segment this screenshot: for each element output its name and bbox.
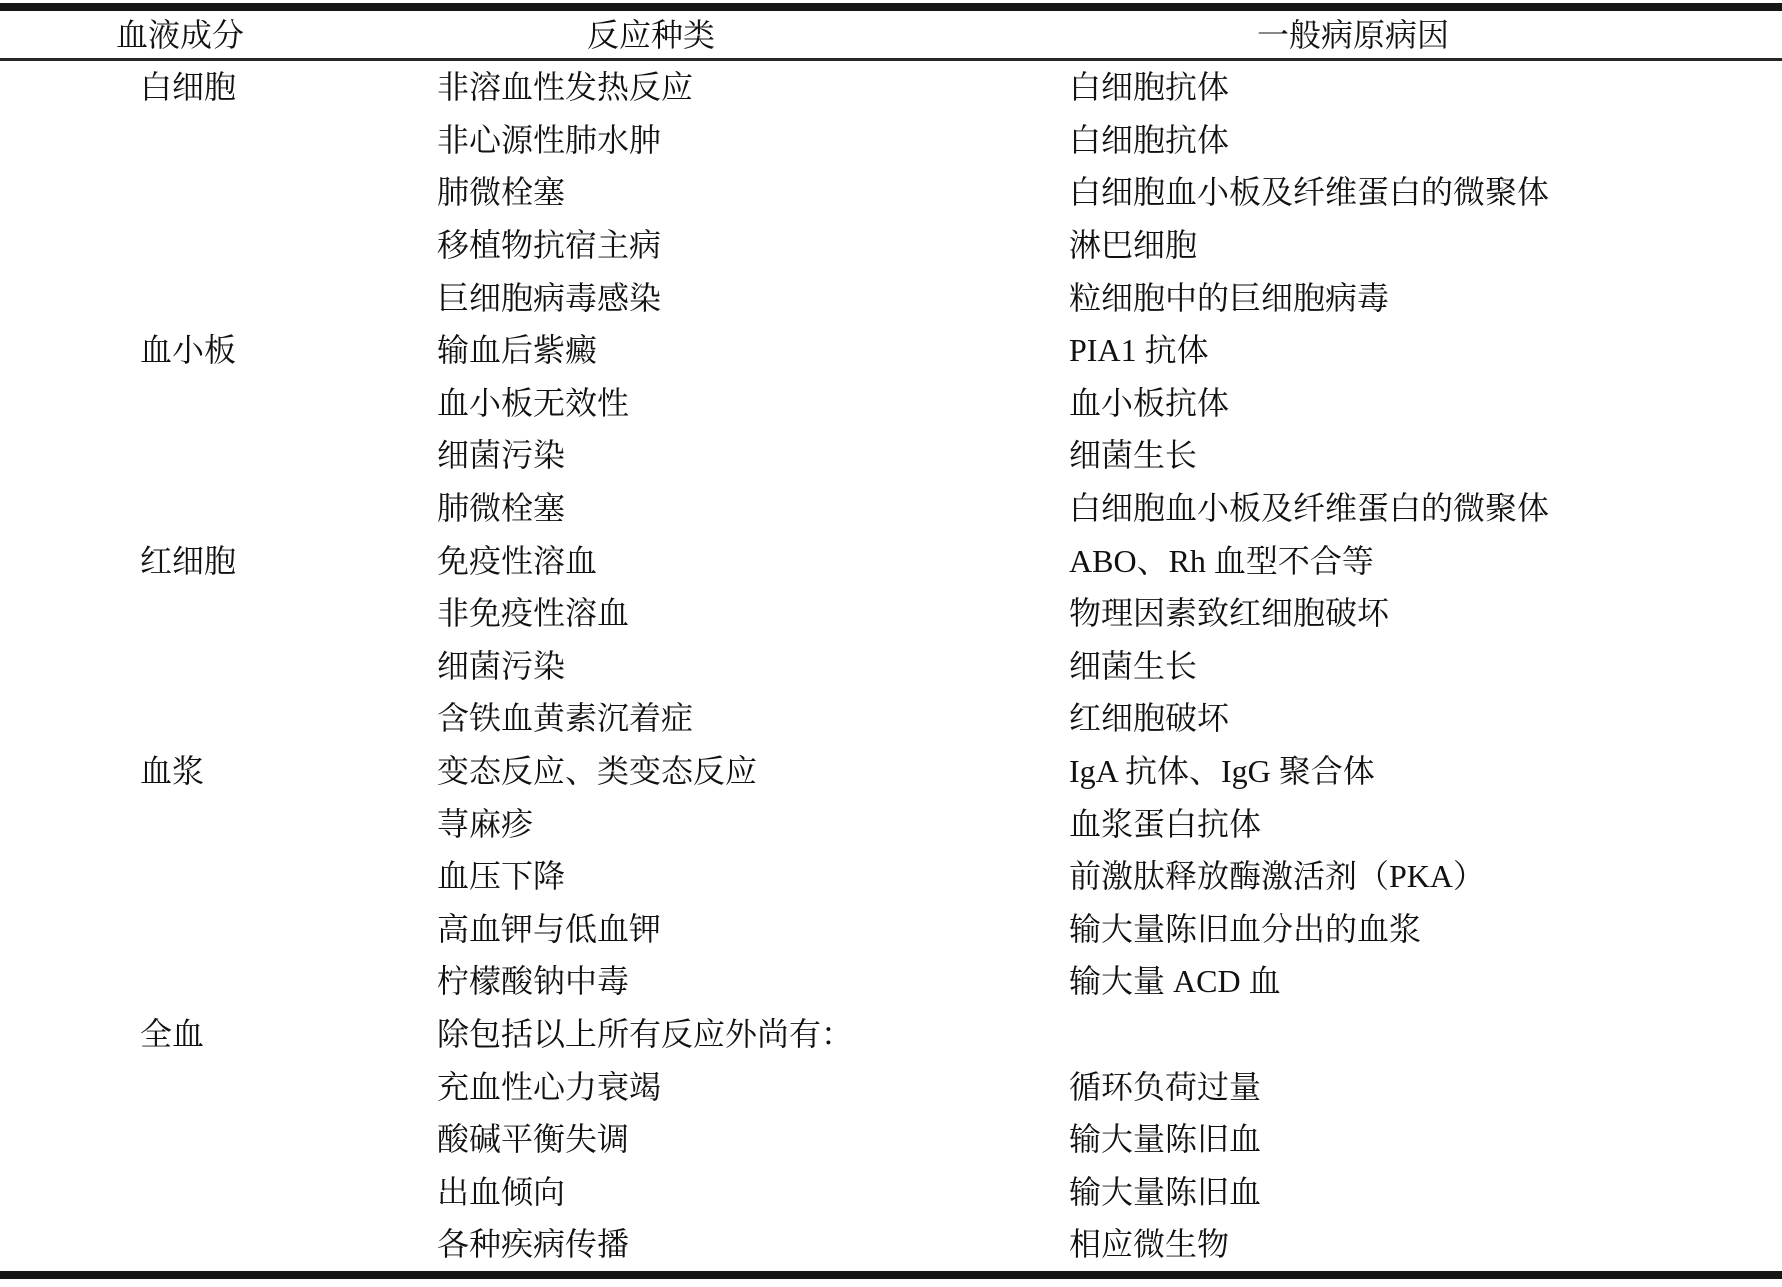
reaction-type-cell: 变态反应、类变态反应 (437, 755, 1069, 787)
table-row: 非免疫性溶血 物理因素致红细胞破坏 (0, 587, 1782, 640)
reaction-type-cell: 非心源性肺水肿 (437, 124, 1069, 156)
common-cause-cell: 循环负荷过量 (1069, 1071, 1782, 1103)
reaction-type-cell: 非溶血性发热反应 (437, 71, 1069, 103)
reaction-type-cell: 充血性心力衰竭 (437, 1071, 1069, 1103)
table-row: 细菌污染 细菌生长 (0, 429, 1782, 482)
table-row: 荨麻疹 血浆蛋白抗体 (0, 797, 1782, 850)
common-cause-cell: 白细胞抗体 (1069, 71, 1782, 103)
reaction-type-cell: 酸碱平衡失调 (437, 1123, 1069, 1155)
common-cause-cell: 细菌生长 (1069, 439, 1782, 471)
common-cause-cell: 输大量陈旧血分出的血浆 (1069, 913, 1782, 945)
table-row: 血压下降 前激肽释放酶激活剂（PKA） (0, 850, 1782, 903)
blood-component-cell: 血浆 (0, 755, 437, 787)
reaction-type-cell: 出血倾向 (437, 1176, 1069, 1208)
table-row: 肺微栓塞 白细胞血小板及纤维蛋白的微聚体 (0, 166, 1782, 219)
reaction-type-cell: 血小板无效性 (437, 387, 1069, 419)
reaction-type-cell: 肺微栓塞 (437, 492, 1069, 524)
table-row: 柠檬酸钠中毒 输大量 ACD 血 (0, 955, 1782, 1008)
common-cause-cell: 红细胞破坏 (1069, 702, 1782, 734)
table-row: 血浆 变态反应、类变态反应 IgA 抗体、IgG 聚合体 (0, 745, 1782, 798)
table-row: 酸碱平衡失调 输大量陈旧血 (0, 1113, 1782, 1166)
reaction-type-cell: 柠檬酸钠中毒 (437, 965, 1069, 997)
table-row: 非心源性肺水肿 白细胞抗体 (0, 114, 1782, 167)
reaction-type-cell: 细菌污染 (437, 650, 1069, 682)
reaction-type-cell: 非免疫性溶血 (437, 597, 1069, 629)
table-row: 充血性心力衰竭 循环负荷过量 (0, 1060, 1782, 1113)
table-row: 红细胞 免疫性溶血 ABO、Rh 血型不合等 (0, 534, 1782, 587)
blood-component-cell: 红细胞 (0, 545, 437, 577)
common-cause-cell: 白细胞血小板及纤维蛋白的微聚体 (1069, 176, 1782, 208)
reaction-type-cell: 高血钾与低血钾 (437, 913, 1069, 945)
header-common-cause: 一般病原病因 (1069, 19, 1782, 51)
common-cause-cell: 血小板抗体 (1069, 387, 1782, 419)
table-row: 巨细胞病毒感染 粒细胞中的巨细胞病毒 (0, 271, 1782, 324)
blood-component-cell: 白细胞 (0, 71, 437, 103)
common-cause-cell: 细菌生长 (1069, 650, 1782, 682)
table-row: 各种疾病传播 相应微生物 (0, 1218, 1782, 1271)
table-row: 含铁血黄素沉着症 红细胞破坏 (0, 692, 1782, 745)
scanned-document-page: 血液成分 反应种类 一般病原病因 白细胞 非溶血性发热反应 白细胞抗体 非心源性… (0, 0, 1782, 1287)
reaction-type-cell: 除包括以上所有反应外尚有： (437, 1018, 1069, 1050)
reaction-type-cell: 肺微栓塞 (437, 176, 1069, 208)
table-row: 白细胞 非溶血性发热反应 白细胞抗体 (0, 61, 1782, 114)
common-cause-cell: 相应微生物 (1069, 1228, 1782, 1260)
table-row: 出血倾向 输大量陈旧血 (0, 1165, 1782, 1218)
reaction-type-cell: 荨麻疹 (437, 808, 1069, 840)
common-cause-cell: 输大量陈旧血 (1069, 1176, 1782, 1208)
common-cause-cell: 粒细胞中的巨细胞病毒 (1069, 282, 1782, 314)
reaction-type-cell: 移植物抗宿主病 (437, 229, 1069, 261)
reaction-type-cell: 各种疾病传播 (437, 1228, 1069, 1260)
common-cause-cell: 白细胞抗体 (1069, 124, 1782, 156)
table-row: 高血钾与低血钾 输大量陈旧血分出的血浆 (0, 903, 1782, 956)
table-row: 血小板无效性 血小板抗体 (0, 377, 1782, 430)
reaction-type-cell: 输血后紫癜 (437, 334, 1069, 366)
reaction-type-cell: 巨细胞病毒感染 (437, 282, 1069, 314)
reaction-type-cell: 含铁血黄素沉着症 (437, 702, 1069, 734)
transfusion-reaction-table: 血液成分 反应种类 一般病原病因 白细胞 非溶血性发热反应 白细胞抗体 非心源性… (0, 3, 1782, 1279)
common-cause-cell: 输大量陈旧血 (1069, 1123, 1782, 1155)
table-row: 细菌污染 细菌生长 (0, 640, 1782, 693)
common-cause-cell: 输大量 ACD 血 (1069, 965, 1782, 997)
common-cause-cell: PIA1 抗体 (1069, 334, 1782, 366)
table-header-row: 血液成分 反应种类 一般病原病因 (0, 11, 1782, 61)
common-cause-cell: 白细胞血小板及纤维蛋白的微聚体 (1069, 492, 1782, 524)
reaction-type-cell: 免疫性溶血 (437, 545, 1069, 577)
blood-component-cell: 全血 (0, 1018, 437, 1050)
table-row: 全血 除包括以上所有反应外尚有： (0, 1008, 1782, 1061)
common-cause-cell: 前激肽释放酶激活剂（PKA） (1069, 860, 1782, 892)
table-row: 肺微栓塞 白细胞血小板及纤维蛋白的微聚体 (0, 482, 1782, 535)
common-cause-cell: IgA 抗体、IgG 聚合体 (1069, 755, 1782, 787)
common-cause-cell: ABO、Rh 血型不合等 (1069, 545, 1782, 577)
reaction-type-cell: 血压下降 (437, 860, 1069, 892)
header-reaction-type: 反应种类 (437, 19, 1069, 51)
header-blood-component: 血液成分 (0, 19, 437, 51)
common-cause-cell: 血浆蛋白抗体 (1069, 808, 1782, 840)
table-row: 移植物抗宿主病 淋巴细胞 (0, 219, 1782, 272)
common-cause-cell: 淋巴细胞 (1069, 229, 1782, 261)
table-row: 血小板 输血后紫癜 PIA1 抗体 (0, 324, 1782, 377)
table-body: 白细胞 非溶血性发热反应 白细胞抗体 非心源性肺水肿 白细胞抗体 肺微栓塞 白细… (0, 61, 1782, 1271)
reaction-type-cell: 细菌污染 (437, 439, 1069, 471)
blood-component-cell: 血小板 (0, 334, 437, 366)
common-cause-cell: 物理因素致红细胞破坏 (1069, 597, 1782, 629)
